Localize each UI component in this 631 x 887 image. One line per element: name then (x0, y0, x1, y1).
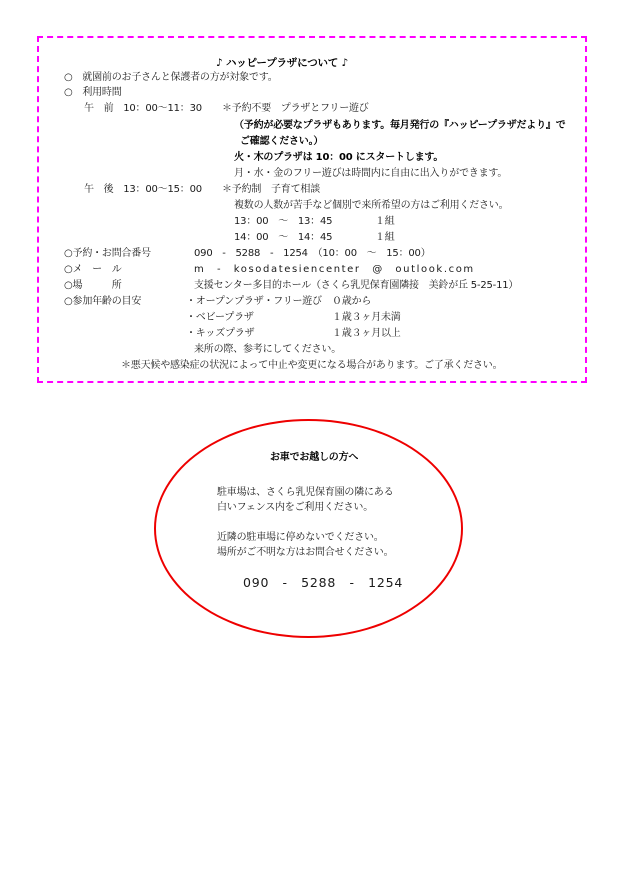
age-item-name-1: ・オープンプラザ・フリー遊び (186, 296, 322, 308)
age-label: ○参加年齢の目安 (64, 296, 141, 308)
pm-note: ＊予約制 子育て相談 (222, 184, 320, 196)
age-item-value-3: １歳３ヶ月以上 (332, 328, 401, 340)
place-address: 支援センター多目的ホール（さくら乳児保育園隣接 美鈴が丘 5-25-11） (194, 280, 518, 292)
slot-time-2: 14：00 ～ 14：45 (234, 232, 332, 244)
contact-label: ○予約・お問合番号 (64, 248, 151, 260)
am-start-note: 火・木のプラザは 10：00 にスタートします。 (234, 152, 443, 164)
mail-address: m - kosodatesiencenter @ outlook.com (194, 264, 475, 276)
pm-description: 複数の人数が苦手など個別で来所希望の方はご利用ください。 (234, 200, 508, 212)
info-title: ♪ ハッピープラザについて ♪ (216, 57, 348, 69)
target-audience: ○ 就園前のお子さんと保護者の方が対象です。 (64, 72, 278, 84)
am-hours: 午 前 10：00～11：30 (84, 103, 202, 115)
contact-phone: 090 - 5288 - 1254 （10：00 ～ 15：00） (194, 248, 431, 260)
cancellation-note: ＊悪天候や感染症の状況によって中止や変更になる場合があります。ご了承ください。 (121, 360, 502, 372)
hours-label: ○ 利用時間 (64, 87, 122, 99)
am-reservation-note-2: ご確認ください。） (240, 136, 323, 148)
parking-phone: 090 - 5288 - 1254 (243, 577, 403, 589)
slot-groups-1: １組 (375, 216, 395, 228)
age-item-name-2: ・ベビープラザ (186, 312, 254, 324)
am-note: ＊予約不要 プラザとフリー遊び (222, 103, 369, 115)
parking-title: お車でお越しの方へ (270, 452, 358, 464)
document-page: ♪ ハッピープラザについて ♪ ○ 就園前のお子さんと保護者の方が対象です。 ○… (0, 0, 631, 887)
parking-line-2: 白いフェンス内をご利用ください。 (217, 502, 373, 514)
age-item-value-1: ０歳から (332, 296, 371, 308)
age-reference-note: 来所の際、参考にしてください。 (194, 344, 341, 356)
am-reservation-note-1: （予約が必要なプラザもあります。毎月発行の『ハッピープラザだより』で (234, 120, 566, 132)
am-free-play-note: 月・水・金のフリー遊びは時間内に自由に出入りができます。 (234, 168, 507, 180)
place-label: ○場 所 (64, 280, 122, 292)
mail-label: ○メ ー ル (64, 264, 122, 276)
parking-line-1: 駐車場は、さくら乳児保育園の隣にある (217, 487, 393, 499)
pm-hours: 午 後 13：00～15：00 (84, 184, 202, 196)
age-item-value-2: １歳３ヶ月未満 (332, 312, 401, 324)
slot-time-1: 13：00 ～ 13：45 (234, 216, 332, 228)
parking-line-4: 場所がご不明な方はお問合せください。 (217, 547, 393, 559)
parking-line-3: 近隣の駐車場に停めないでください。 (217, 532, 384, 544)
age-item-name-3: ・キッズプラザ (186, 328, 254, 340)
slot-groups-2: １組 (375, 232, 395, 244)
